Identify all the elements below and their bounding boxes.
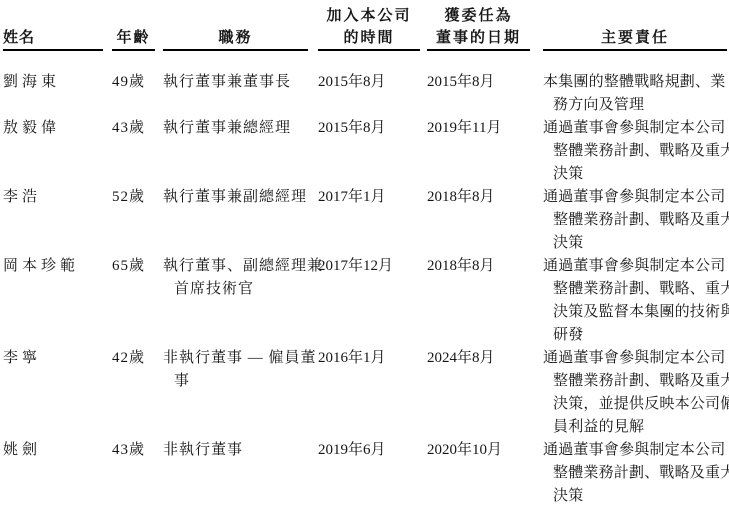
director-join-date: 2015年8月 — [318, 71, 420, 117]
header-join-date-line1: 加入本公司 — [318, 5, 420, 27]
table-header-row: 姓名 年齡 職務 加入本公司 的時間 獲委任為 董事的日期 主要責任 — [3, 3, 729, 51]
director-join-date: 2015年8月 — [318, 117, 420, 186]
header-name-label: 姓名 — [3, 27, 103, 49]
director-responsibilities: 通過董事會參與制定本公司 整體業務計劃、戰略及重大 決策 — [543, 439, 727, 506]
director-appointed-date: 2024年8月 — [427, 347, 530, 439]
table-row: 李浩 52歲 執行董事兼副總經理 2017年1月 2018年8月 通過董事會參與… — [3, 186, 729, 255]
director-position: 執行董事兼董事長 — [163, 71, 308, 117]
director-responsibilities: 通過董事會參與制定本公司 整體業務計劃、戰略及重大 決策，並提供反映本公司僱 員… — [543, 347, 727, 439]
header-responsibilities: 主要責任 — [543, 3, 727, 51]
director-join-date: 2017年1月 — [318, 186, 420, 255]
table-row: 李寧 42歲 非執行董事 — 僱員董 事 2016年1月 2024年8月 通過董… — [3, 347, 729, 439]
director-appointed-date: 2015年8月 — [427, 71, 530, 117]
table-row: 劉海東 49歲 執行董事兼董事長 2015年8月 2015年8月 本集團的整體戰… — [3, 71, 729, 117]
director-age: 52歲 — [112, 186, 155, 255]
director-responsibilities: 本集團的整體戰略規劃、業 務方向及管理 — [543, 71, 727, 117]
director-join-date: 2019年6月 — [318, 439, 420, 506]
director-name: 劉海東 — [3, 71, 103, 117]
header-appointed-date-line1: 獲委任為 — [427, 5, 530, 27]
header-position: 職務 — [163, 3, 308, 51]
director-appointed-date: 2018年8月 — [427, 186, 530, 255]
header-position-label: 職務 — [163, 27, 308, 49]
table-row: 岡本珍範 65歲 執行董事、副總經理兼 首席技術官 2017年12月 2018年… — [3, 255, 729, 347]
director-position: 非執行董事 — [163, 439, 308, 506]
director-position: 執行董事兼副總經理 — [163, 186, 308, 255]
director-position: 執行董事兼總經理 — [163, 117, 308, 186]
director-name: 李寧 — [3, 347, 103, 439]
director-appointed-date: 2019年11月 — [427, 117, 530, 186]
directors-table-page: 姓名 年齡 職務 加入本公司 的時間 獲委任為 董事的日期 主要責任 劉海東 4… — [0, 0, 729, 506]
director-name: 李浩 — [3, 186, 103, 255]
director-responsibilities: 通過董事會參與制定本公司 整體業務計劃、戰略及重大 決策 — [543, 117, 727, 186]
table-row: 敖毅偉 43歲 執行董事兼總經理 2015年8月 2019年11月 通過董事會參… — [3, 117, 729, 186]
director-name: 姚劍 — [3, 439, 103, 506]
director-position: 非執行董事 — 僱員董 事 — [163, 347, 308, 439]
director-age: 65歲 — [112, 255, 155, 347]
director-age: 43歲 — [112, 439, 155, 506]
header-appointed-date: 獲委任為 董事的日期 — [427, 3, 530, 51]
header-name: 姓名 — [3, 3, 103, 51]
header-age: 年齡 — [112, 3, 155, 51]
director-age: 49歲 — [112, 71, 155, 117]
director-join-date: 2017年12月 — [318, 255, 420, 347]
header-responsibilities-label: 主要責任 — [543, 27, 727, 49]
director-age: 43歲 — [112, 117, 155, 186]
director-responsibilities: 通過董事會參與制定本公司 整體業務計劃、戰略、重大 決策及監督本集團的技術與 研… — [543, 255, 727, 347]
director-appointed-date: 2020年10月 — [427, 439, 530, 506]
director-responsibilities: 通過董事會參與制定本公司 整體業務計劃、戰略及重大 決策 — [543, 186, 727, 255]
director-position: 執行董事、副總經理兼 首席技術官 — [163, 255, 308, 347]
director-age: 42歲 — [112, 347, 155, 439]
header-age-label: 年齡 — [112, 27, 155, 49]
header-join-date-line2: 的時間 — [318, 27, 420, 49]
table-row: 姚劍 43歲 非執行董事 2019年6月 2020年10月 通過董事會參與制定本… — [3, 439, 729, 506]
header-appointed-date-line2: 董事的日期 — [427, 27, 530, 49]
director-join-date: 2016年1月 — [318, 347, 420, 439]
director-name: 敖毅偉 — [3, 117, 103, 186]
director-name: 岡本珍範 — [3, 255, 103, 347]
header-join-date: 加入本公司 的時間 — [318, 3, 420, 51]
director-appointed-date: 2018年8月 — [427, 255, 530, 347]
